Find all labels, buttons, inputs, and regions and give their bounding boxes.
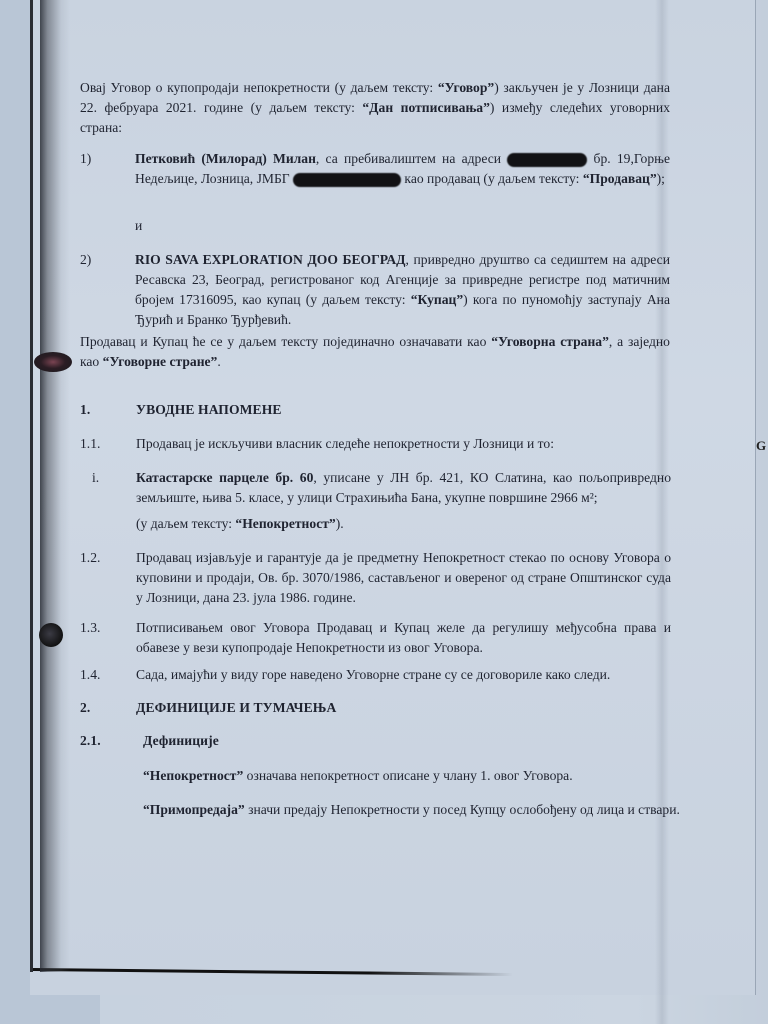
item-1-1-text: Продавац је искључиви власник следеће не… <box>136 434 671 454</box>
section2-number: 2. <box>80 698 90 718</box>
defined-as-text: (у даљем тексту: “Непокретност”). <box>136 514 344 534</box>
binding-shadow <box>40 0 70 972</box>
subsection-2-1-title: Дефиниције <box>143 731 219 751</box>
punch-hole-bottom <box>39 623 63 647</box>
parties-note: Продавац и Купац ће се у даљем тексту по… <box>80 332 670 372</box>
item-1-3-text: Потписивањем овог Уговора Продавац и Куп… <box>136 618 671 658</box>
item-1-1-number: 1.1. <box>80 434 100 454</box>
subitem-i-text: Катастарске парцеле бр. 60, уписане у ЛН… <box>136 468 671 508</box>
redacted-jmbg <box>293 173 401 187</box>
page-left-edge <box>30 0 33 972</box>
party2-number: 2) <box>80 250 91 270</box>
punch-hole-top <box>34 352 72 372</box>
item-1-3-number: 1.3. <box>80 618 100 638</box>
item-1-4-text: Сада, имајући у виду горе наведено Угово… <box>136 665 696 685</box>
party1-number: 1) <box>80 149 91 169</box>
underlying-page-text-fragment: G <box>756 438 766 454</box>
subitem-i-number: i. <box>92 468 99 488</box>
intro-paragraph: Овај Уговор о купопродаји непокретности … <box>80 78 670 138</box>
definition-primopredaja: “Примопредаја” значи предају Непокретнос… <box>143 800 681 820</box>
party2-paragraph: RIO SAVA EXPLORATION ДОО БЕОГРАД, привре… <box>135 250 670 330</box>
definition-nepokretnost: “Непокретност” означава непокретност опи… <box>143 766 683 786</box>
subsection-2-1-number: 2.1. <box>80 731 101 751</box>
item-1-2-text: Продавац изјављује и гарантује да је пре… <box>136 548 671 608</box>
party1-paragraph: Петковић (Милорад) Милан, са пребивалишт… <box>135 149 670 189</box>
section1-number: 1. <box>80 400 90 420</box>
item-1-2-number: 1.2. <box>80 548 100 568</box>
section2-title: ДЕФИНИЦИЈЕ И ТУМАЧЕЊА <box>136 698 336 718</box>
conjunction: и <box>135 216 142 236</box>
section1-title: УВОДНЕ НАПОМЕНЕ <box>136 400 282 420</box>
item-1-4-number: 1.4. <box>80 665 100 685</box>
redacted-address <box>507 153 587 167</box>
